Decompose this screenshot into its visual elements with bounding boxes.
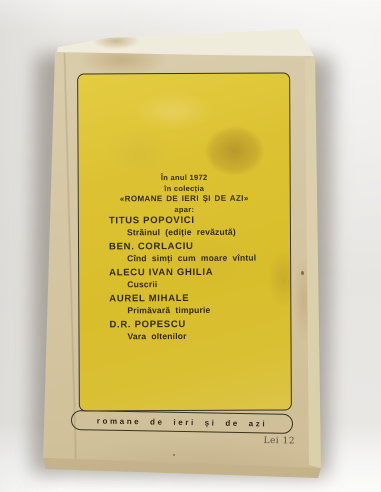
- list-item: TITUS POPOVICI Străinul (ediție revăzută…: [109, 215, 256, 239]
- book-title: Străinul (ediție revăzută): [109, 227, 256, 239]
- announcement-block: În anul 1972 în colecția «ROMANE DE IERI…: [79, 172, 290, 215]
- book-title: Cînd simți cum moare vîntul: [109, 253, 256, 265]
- paper-speck: [173, 454, 175, 456]
- yellow-panel: În anul 1972 în colecția «ROMANE DE IERI…: [77, 72, 292, 411]
- spine-crease: [63, 53, 77, 461]
- author-name: BEN. CORLACIU: [109, 241, 256, 254]
- paper-speck: [301, 271, 304, 275]
- author-name: ALECU IVAN GHILIA: [109, 267, 256, 280]
- author-name: D.R. POPESCU: [109, 319, 256, 332]
- list-item: AUREL MIHALE Primăvară timpurie: [109, 293, 256, 317]
- author-name: AUREL MIHALE: [109, 293, 256, 306]
- author-name: TITUS POPOVICI: [109, 215, 256, 228]
- book-list: TITUS POPOVICI Străinul (ediție revăzută…: [109, 215, 257, 346]
- announcement-apar-line: apar:: [79, 204, 290, 216]
- series-banner: romane de ieri și de azi: [71, 410, 293, 434]
- list-item: ALECU IVAN GHILIA Cuscrii: [109, 267, 256, 291]
- series-banner-label: romane de ieri și de azi: [97, 416, 268, 428]
- price-label: Lei 12: [238, 436, 295, 447]
- list-item: D.R. POPESCU Vara oltenilor: [109, 319, 256, 343]
- photo-stage: În anul 1972 în colecția «ROMANE DE IERI…: [0, 0, 381, 492]
- list-item: BEN. CORLACIU Cînd simți cum moare vîntu…: [109, 241, 256, 265]
- book-title: Cuscrii: [109, 279, 256, 291]
- book-title: Primăvară timpurie: [109, 305, 256, 317]
- book-title: Vara oltenilor: [109, 331, 256, 343]
